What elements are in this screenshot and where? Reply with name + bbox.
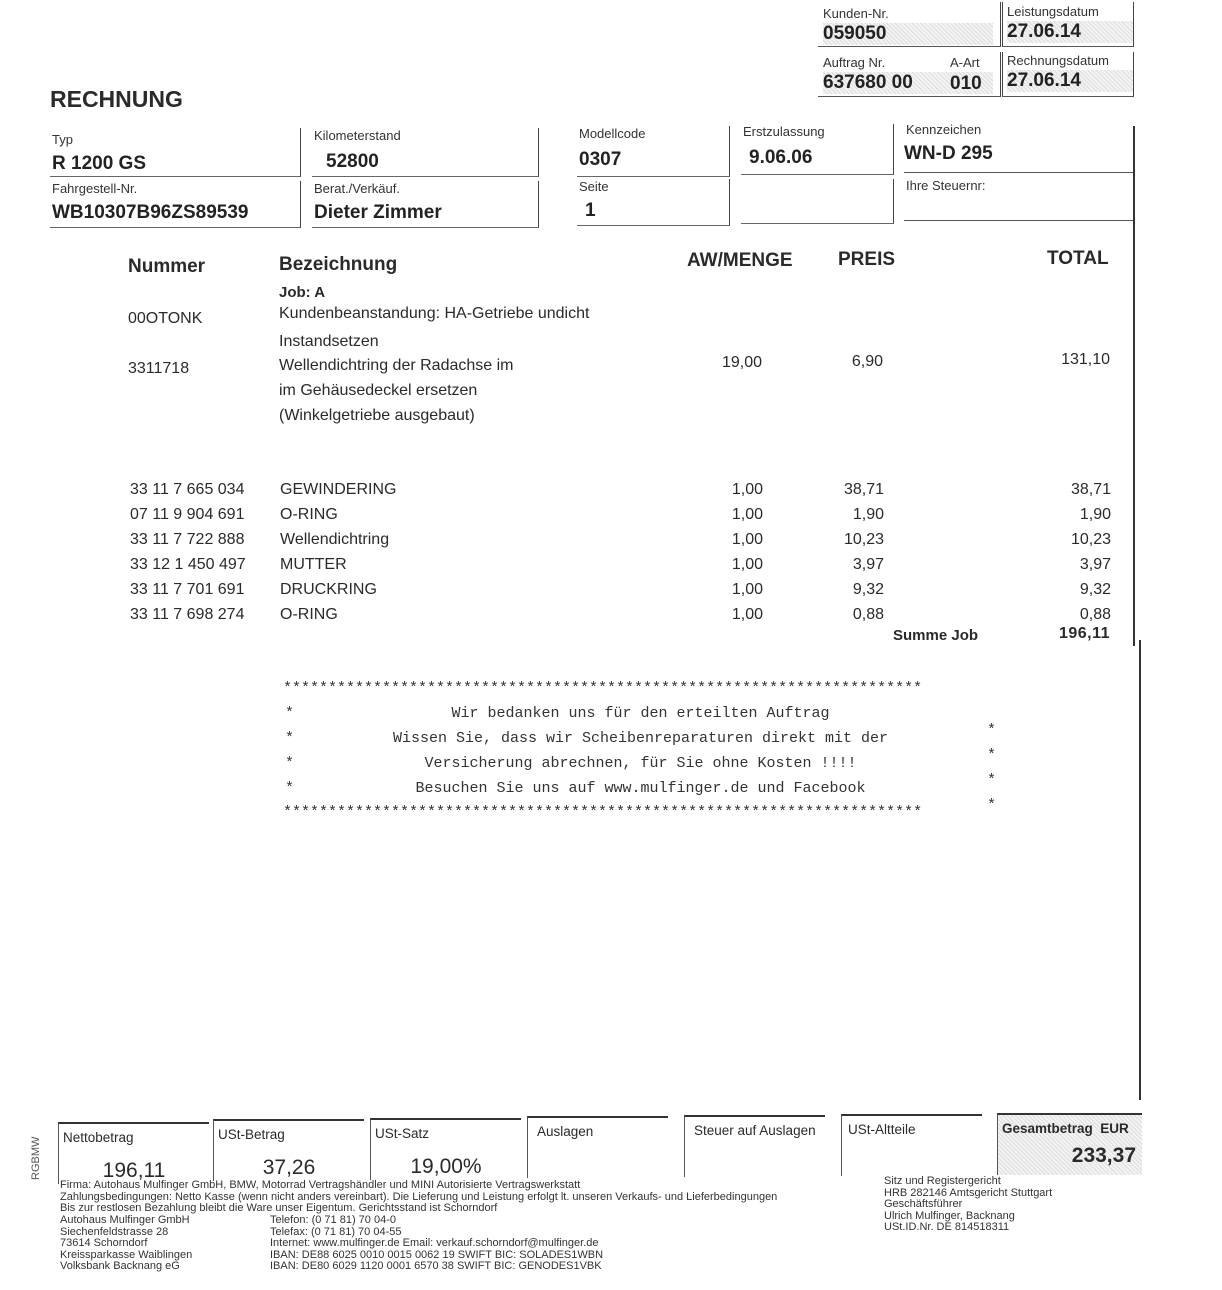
part-menge: 1,00 bbox=[700, 506, 763, 524]
part-nummer: 07 11 9 904 691 bbox=[130, 506, 244, 524]
message-text: Versicherung abrechnen, für Sie ohne Kos… bbox=[283, 755, 998, 772]
ust-satz-box: USt-Satz 19,00% bbox=[370, 1118, 521, 1180]
ust-satz-label: USt-Satz bbox=[375, 1126, 521, 1141]
part-total: 3,97 bbox=[1030, 556, 1111, 574]
steuernr-field: Ihre Steuernr: bbox=[904, 178, 1134, 221]
kennzeichen-label: Kennzeichen bbox=[906, 122, 1134, 137]
asterisk: * bbox=[285, 755, 294, 772]
a-art-value: 010 bbox=[950, 73, 982, 95]
part-nummer: 33 12 1 450 497 bbox=[130, 556, 246, 574]
berater-field: Berat./Verkäuf. Dieter Zimmer bbox=[312, 181, 539, 228]
kunden-nr-label: Kunden-Nr. bbox=[823, 6, 1000, 21]
footer-email-line: Internet: www.mulfinger.de Email: verkau… bbox=[270, 1238, 603, 1250]
footer-line: IBAN: DE80 6029 1120 0001 6570 38 SWIFT … bbox=[270, 1261, 603, 1273]
part-bezeichnung: DRUCKRING bbox=[280, 581, 377, 599]
labor-total: 131,10 bbox=[1040, 351, 1110, 369]
part-preis: 3,97 bbox=[820, 556, 884, 574]
side-code-text: RGBMW bbox=[30, 1137, 42, 1180]
summe-label: Summe Job bbox=[893, 627, 978, 644]
labor-line: Instandsetzen bbox=[279, 333, 379, 351]
right-border-lower bbox=[1139, 640, 1141, 1100]
asterisk: * bbox=[285, 705, 294, 722]
footer-contact: Telefon: (0 71 81) 70 04-0 Telefax: (0 7… bbox=[270, 1215, 603, 1273]
side-code: RGBMW bbox=[30, 1132, 44, 1182]
fahrgestell-label: Fahrgestell-Nr. bbox=[52, 181, 300, 196]
erstzulassung-label: Erstzulassung bbox=[743, 124, 893, 139]
right-border bbox=[1133, 126, 1135, 646]
steuernr-label: Ihre Steuernr: bbox=[906, 178, 1134, 193]
part-bezeichnung: Wellendichtring bbox=[280, 531, 389, 549]
footer-line: 73614 Schorndorf bbox=[60, 1238, 192, 1250]
typ-label: Typ bbox=[52, 132, 300, 147]
part-nummer: 33 11 7 698 274 bbox=[130, 606, 244, 624]
part-preis: 38,71 bbox=[820, 481, 884, 499]
header-preis: PREIS bbox=[838, 249, 895, 271]
kilometerstand-field: Kilometerstand 52800 bbox=[312, 128, 539, 177]
message-text: Wissen Sie, dass wir Scheibenreparaturen… bbox=[283, 730, 998, 747]
labor-line: Wellendichtring der Radachse im bbox=[279, 357, 513, 375]
typ-value: R 1200 GS bbox=[52, 153, 300, 175]
part-nummer: 33 11 7 722 888 bbox=[130, 531, 244, 549]
modellcode-field: Modellcode 0307 bbox=[577, 126, 730, 177]
berater-value: Dieter Zimmer bbox=[314, 202, 538, 224]
asterisk: * bbox=[285, 780, 294, 797]
part-preis: 0,88 bbox=[820, 606, 884, 624]
message-line: *Wir bedanken uns für den erteilten Auft… bbox=[283, 705, 998, 722]
header-nummer: Nummer bbox=[128, 256, 205, 278]
part-total: 9,32 bbox=[1030, 581, 1111, 599]
leistungsdatum-label: Leistungsdatum bbox=[1007, 4, 1133, 19]
document-title: RECHNUNG bbox=[50, 86, 183, 113]
part-total: 0,88 bbox=[1030, 606, 1111, 624]
footer-address: Autohaus Mulfinger GmbH Siechenfeldstras… bbox=[60, 1215, 192, 1273]
footer-line: Autohaus Mulfinger GmbH bbox=[60, 1215, 192, 1227]
rechnungsdatum-value: 27.06.14 bbox=[1007, 70, 1133, 92]
labor-line: Kundenbeanstandung: HA-Getriebe undicht bbox=[279, 305, 589, 323]
part-menge: 1,00 bbox=[700, 606, 763, 624]
empty-field bbox=[741, 179, 894, 224]
labor-line: im Gehäusedeckel ersetzen bbox=[279, 382, 477, 400]
part-menge: 1,00 bbox=[700, 531, 763, 549]
ust-altteile-label: USt-Altteile bbox=[848, 1122, 982, 1137]
nettobetrag-label: Nettobetrag bbox=[63, 1130, 209, 1145]
kilometerstand-value: 52800 bbox=[326, 151, 538, 173]
part-bezeichnung: O-RING bbox=[280, 506, 338, 524]
erstzulassung-field: Erstzulassung 9.06.06 bbox=[741, 124, 894, 175]
ust-satz-value: 19,00% bbox=[371, 1155, 521, 1179]
seite-field: Seite 1 bbox=[577, 179, 730, 226]
kennzeichen-value: WN-D 295 bbox=[904, 143, 1134, 165]
seite-value: 1 bbox=[585, 200, 729, 222]
footer-terms: Firma: Autohaus Mulfinger GmbH, BMW, Mot… bbox=[60, 1180, 777, 1215]
footer-register: Sitz und Registergericht HRB 282146 Amts… bbox=[884, 1176, 1052, 1234]
message-line: *Wissen Sie, dass wir Scheibenreparature… bbox=[283, 730, 998, 747]
auftrag-nr-box: Auftrag Nr. 637680 00 A-Art 010 bbox=[818, 52, 1001, 97]
kunden-nr-box: Kunden-Nr. 059050 bbox=[818, 2, 1001, 47]
footer-line: Geschäftsführer bbox=[884, 1199, 1052, 1211]
footer-line: Telefon: (0 71 81) 70 04-0 bbox=[270, 1215, 603, 1227]
part-menge: 1,00 bbox=[700, 556, 763, 574]
part-preis: 1,90 bbox=[820, 506, 884, 524]
part-nummer: 33 11 7 665 034 bbox=[130, 481, 244, 499]
rechnungsdatum-box: Rechnungsdatum 27.06.14 bbox=[1002, 52, 1134, 97]
fahrgestell-value: WB10307B96ZS89539 bbox=[52, 202, 300, 224]
part-bezeichnung: O-RING bbox=[280, 606, 338, 624]
part-preis: 10,23 bbox=[820, 531, 884, 549]
leistungsdatum-box: Leistungsdatum 27.06.14 bbox=[1002, 2, 1134, 47]
part-menge: 1,00 bbox=[700, 481, 763, 499]
message-line: *Versicherung abrechnen, für Sie ohne Ko… bbox=[283, 755, 998, 772]
part-menge: 1,00 bbox=[700, 581, 763, 599]
modellcode-label: Modellcode bbox=[579, 126, 729, 141]
seite-label: Seite bbox=[579, 179, 729, 194]
auslagen-box: Auslagen bbox=[527, 1116, 668, 1178]
auslagen-label: Auslagen bbox=[537, 1124, 668, 1139]
labor-nummer: 3311718 bbox=[128, 360, 189, 378]
asterisk: * bbox=[987, 797, 996, 814]
modellcode-value: 0307 bbox=[579, 149, 729, 171]
labor-preis: 6,90 bbox=[830, 353, 883, 371]
erstzulassung-value: 9.06.06 bbox=[749, 147, 893, 169]
ust-betrag-box: USt-Betrag 37,26 bbox=[213, 1119, 364, 1181]
ust-altteile-box: USt-Altteile bbox=[841, 1114, 982, 1176]
steuer-auslagen-label: Steuer auf Auslagen bbox=[694, 1123, 825, 1138]
steuer-auslagen-box: Steuer auf Auslagen bbox=[684, 1115, 825, 1177]
nettobetrag-box: Nettobetrag 196,11 bbox=[58, 1122, 209, 1184]
job-label: Job: A bbox=[279, 284, 325, 301]
part-preis: 9,32 bbox=[820, 581, 884, 599]
footer-line: USt.ID.Nr. DE 814518311 bbox=[884, 1222, 1052, 1234]
kennzeichen-field: Kennzeichen WN-D 295 bbox=[904, 122, 1134, 173]
part-bezeichnung: MUTTER bbox=[280, 556, 347, 574]
part-total: 1,90 bbox=[1030, 506, 1111, 524]
header-bezeichnung: Bezeichnung bbox=[279, 254, 397, 276]
labor-menge: 19,00 bbox=[700, 354, 762, 372]
footer-line: Volksbank Backnang eG bbox=[60, 1261, 192, 1273]
gesamtbetrag-label: Gesamtbetrag EUR bbox=[1002, 1121, 1142, 1136]
berater-label: Berat./Verkäuf. bbox=[314, 181, 538, 196]
message-text: Wir bedanken uns für den erteilten Auftr… bbox=[283, 705, 998, 722]
message-border-bottom: ****************************************… bbox=[283, 804, 922, 821]
message-text: Besuchen Sie uns auf www.mulfinger.de un… bbox=[283, 780, 998, 797]
leistungsdatum-value: 27.06.14 bbox=[1007, 21, 1133, 43]
part-total: 10,23 bbox=[1030, 531, 1111, 549]
header-menge: AW/MENGE bbox=[687, 250, 793, 272]
asterisk: * bbox=[285, 730, 294, 747]
header-total: TOTAL bbox=[1047, 248, 1109, 270]
message-border-top: ****************************************… bbox=[283, 680, 922, 697]
kunden-nr-value: 059050 bbox=[823, 23, 993, 45]
gesamtbetrag-value: 233,37 bbox=[998, 1144, 1136, 1168]
footer-line: Sitz und Registergericht bbox=[884, 1176, 1052, 1188]
gesamtbetrag-box: Gesamtbetrag EUR 233,37 bbox=[997, 1113, 1142, 1175]
ust-betrag-label: USt-Betrag bbox=[218, 1127, 364, 1142]
ust-betrag-value: 37,26 bbox=[214, 1156, 364, 1180]
fahrgestell-field: Fahrgestell-Nr. WB10307B96ZS89539 bbox=[50, 181, 301, 228]
part-total: 38,71 bbox=[1030, 481, 1111, 499]
labor-nummer: 00OTONK bbox=[128, 310, 202, 328]
part-nummer: 33 11 7 701 691 bbox=[130, 581, 244, 599]
summe-value: 196,11 bbox=[1030, 625, 1110, 643]
kilometerstand-label: Kilometerstand bbox=[314, 128, 538, 143]
message-line: *Besuchen Sie uns auf www.mulfinger.de u… bbox=[283, 780, 998, 797]
a-art-label: A-Art bbox=[950, 55, 980, 70]
typ-field: Typ R 1200 GS bbox=[50, 128, 301, 177]
footer-line: Firma: Autohaus Mulfinger GmbH, BMW, Mot… bbox=[60, 1180, 777, 1192]
labor-line: (Winkelgetriebe ausgebaut) bbox=[279, 407, 475, 425]
part-bezeichnung: GEWINDERING bbox=[280, 481, 396, 499]
rechnungsdatum-label: Rechnungsdatum bbox=[1007, 53, 1133, 68]
footer-line: Bis zur restlosen Bezahlung bleibt die W… bbox=[60, 1203, 777, 1215]
